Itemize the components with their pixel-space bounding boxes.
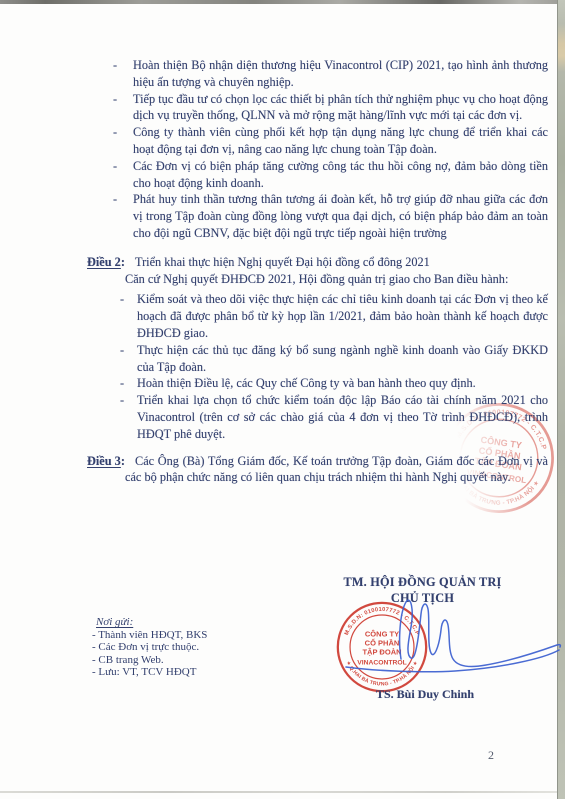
- scanned-document-page: M.S.D.N: 0100107772 - C.T.C.P ★ Q.HAI BÀ…: [0, 0, 565, 799]
- bullet-item: - Thực hiện các thủ tục đăng ký bổ sung …: [87, 342, 548, 376]
- bullet-dash: -: [120, 342, 137, 376]
- bullet-text: Kiểm soát và theo dõi việc thực hiện các…: [137, 291, 548, 341]
- bullet-item: - Kiểm soát và theo dõi việc thực hiện c…: [87, 291, 548, 341]
- bullet-list-2: - Kiểm soát và theo dõi việc thực hiện c…: [87, 291, 548, 442]
- article-2: Điều 2: Triển khai thực hiện Nghị quyết …: [87, 254, 548, 443]
- signatory-name: TS. Bùi Duy Chinh: [340, 687, 510, 702]
- article-2-intro: Căn cứ Nghị quyết ĐHĐCĐ 2021, Hội đồng q…: [125, 271, 548, 288]
- bullet-list-1: - Hoàn thiện Bộ nhận diện thương hiệu Vi…: [87, 57, 548, 242]
- bullet-item: - Phát huy tinh thần tương thân tương ái…: [87, 191, 548, 241]
- document-body: - Hoàn thiện Bộ nhận diện thương hiệu Vi…: [87, 57, 548, 486]
- article-3-body: Các Ông (Bà) Tổng Giám đốc, Kế toán trưở…: [125, 453, 548, 487]
- bullet-text: Phát huy tinh thần tương thân tương ái đ…: [133, 191, 548, 241]
- bullet-dash: -: [120, 392, 137, 442]
- bullet-item: - Hoàn thiện Bộ nhận diện thương hiệu Vi…: [87, 57, 548, 91]
- bullet-text: Hoàn thiện Điều lệ, các Quy chế Công ty …: [137, 375, 548, 392]
- bullet-text: Triển khai lựa chọn tổ chức kiểm toán độ…: [137, 392, 548, 442]
- article-2-heading: Điều 2: Triển khai thực hiện Nghị quyết …: [87, 254, 548, 271]
- recipient-item: - CB trang Web.: [92, 654, 207, 666]
- article-2-title: Triển khai thực hiện Nghị quyết Đại hội …: [135, 254, 548, 271]
- article-3: Điều 3: Các Ông (Bà) Tổng Giám đốc, Kế t…: [87, 453, 548, 487]
- page-number: 2: [488, 748, 494, 763]
- article-2-label: Điều 2:: [87, 254, 125, 271]
- bullet-text: Hoàn thiện Bộ nhận diện thương hiệu Vina…: [133, 57, 548, 91]
- signature-scribble: [325, 588, 565, 683]
- recipient-item: - Các Đơn vị trực thuộc.: [92, 641, 207, 653]
- bullet-item: - Triển khai lựa chọn tổ chức kiểm toán …: [87, 392, 548, 442]
- bullet-text: Tiếp tục đầu tư có chọn lọc các thiết bị…: [133, 91, 548, 125]
- bullet-dash: -: [113, 191, 133, 241]
- recipients-heading: Nơi gửi:: [96, 616, 207, 628]
- bullet-dash: -: [120, 291, 137, 341]
- recipient-item: - Thành viên HĐQT, BKS: [92, 629, 207, 641]
- bullet-dash: -: [113, 158, 133, 192]
- bullet-dash: -: [120, 375, 137, 392]
- scan-bottom-edge-artifact: [0, 791, 557, 793]
- bullet-item: - Công ty thành viên cùng phối kết hợp t…: [87, 124, 548, 158]
- bullet-text: Các Đơn vị có biện pháp tăng cường công …: [133, 158, 548, 192]
- article-3-label: Điều 3:: [87, 453, 125, 470]
- bullet-dash: -: [113, 124, 133, 158]
- bullet-dash: -: [113, 91, 133, 125]
- bullet-text: Công ty thành viên cùng phối kết hợp tận…: [133, 124, 548, 158]
- recipient-item: - Lưu: VT, TCV HĐQT: [92, 666, 207, 678]
- bullet-item: - Tiếp tục đầu tư có chọn lọc các thiết …: [87, 91, 548, 125]
- bullet-dash: -: [113, 57, 133, 91]
- bullet-item: - Hoàn thiện Điều lệ, các Quy chế Công t…: [87, 375, 548, 392]
- scan-top-edge-artifact: [0, 0, 565, 4]
- recipients-block: Nơi gửi: - Thành viên HĐQT, BKS - Các Đơ…: [92, 616, 207, 678]
- bullet-text: Thực hiện các thủ tục đăng ký bổ sung ng…: [137, 342, 548, 376]
- bullet-item: - Các Đơn vị có biện pháp tăng cường côn…: [87, 158, 548, 192]
